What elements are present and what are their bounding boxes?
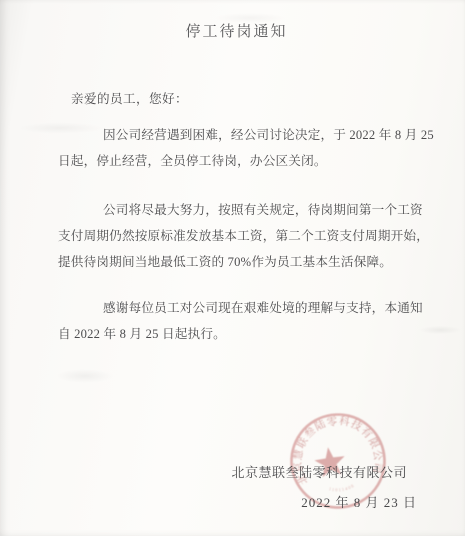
scanned-notice-page: 停工待岗通知 亲爱的员工，您好： 因公司经营遇到困难，经公司讨论决定，于 202… bbox=[0, 0, 465, 536]
signature-company: 北京慧联叁陆零科技有限公司 bbox=[231, 458, 407, 488]
signature-date: 2022 年 8 月 23 日 bbox=[231, 488, 417, 518]
paragraph-line: 公司将尽最大努力，按照有关规定，待岗期间第一个工资 bbox=[58, 197, 415, 223]
paragraph-line: 支付周期仍然按原标准发放基本工资，第二个工资支付周期开始， bbox=[58, 223, 415, 249]
paragraph-3: 感谢每位员工对公司现在艰难处境的理解与支持，本通知 自 2022 年 8 月 2… bbox=[58, 295, 415, 347]
greeting-line: 亲爱的员工，您好： bbox=[71, 86, 415, 112]
paragraph-line: 感谢每位员工对公司现在艰难处境的理解与支持，本通知 bbox=[58, 295, 415, 321]
paragraph-line: 日起，停止经营，全员停工待岗，办公区关闭。 bbox=[58, 148, 415, 174]
notice-body: 停工待岗通知 亲爱的员工，您好： 因公司经营遇到困难，经公司讨论决定，于 202… bbox=[0, 0, 465, 347]
paragraph-1: 因公司经营遇到困难，经公司讨论决定，于 2022 年 8 月 25 日起，停止经… bbox=[58, 122, 415, 174]
paragraph-line: 提供待岗期间当地最低工资的 70%作为员工基本生活保障。 bbox=[58, 249, 415, 275]
signature-block: 北京慧联叁陆零科技有限公司 2022 年 8 月 23 日 bbox=[231, 458, 417, 518]
paragraph-line: 自 2022 年 8 月 25 日起执行。 bbox=[58, 321, 415, 347]
paragraph-line: 因公司经营遇到困难，经公司讨论决定，于 2022 年 8 月 25 bbox=[58, 122, 415, 148]
notice-title: 停工待岗通知 bbox=[58, 0, 415, 43]
paragraph-2: 公司将尽最大努力，按照有关规定，待岗期间第一个工资 支付周期仍然按原标准发放基本… bbox=[58, 197, 415, 275]
